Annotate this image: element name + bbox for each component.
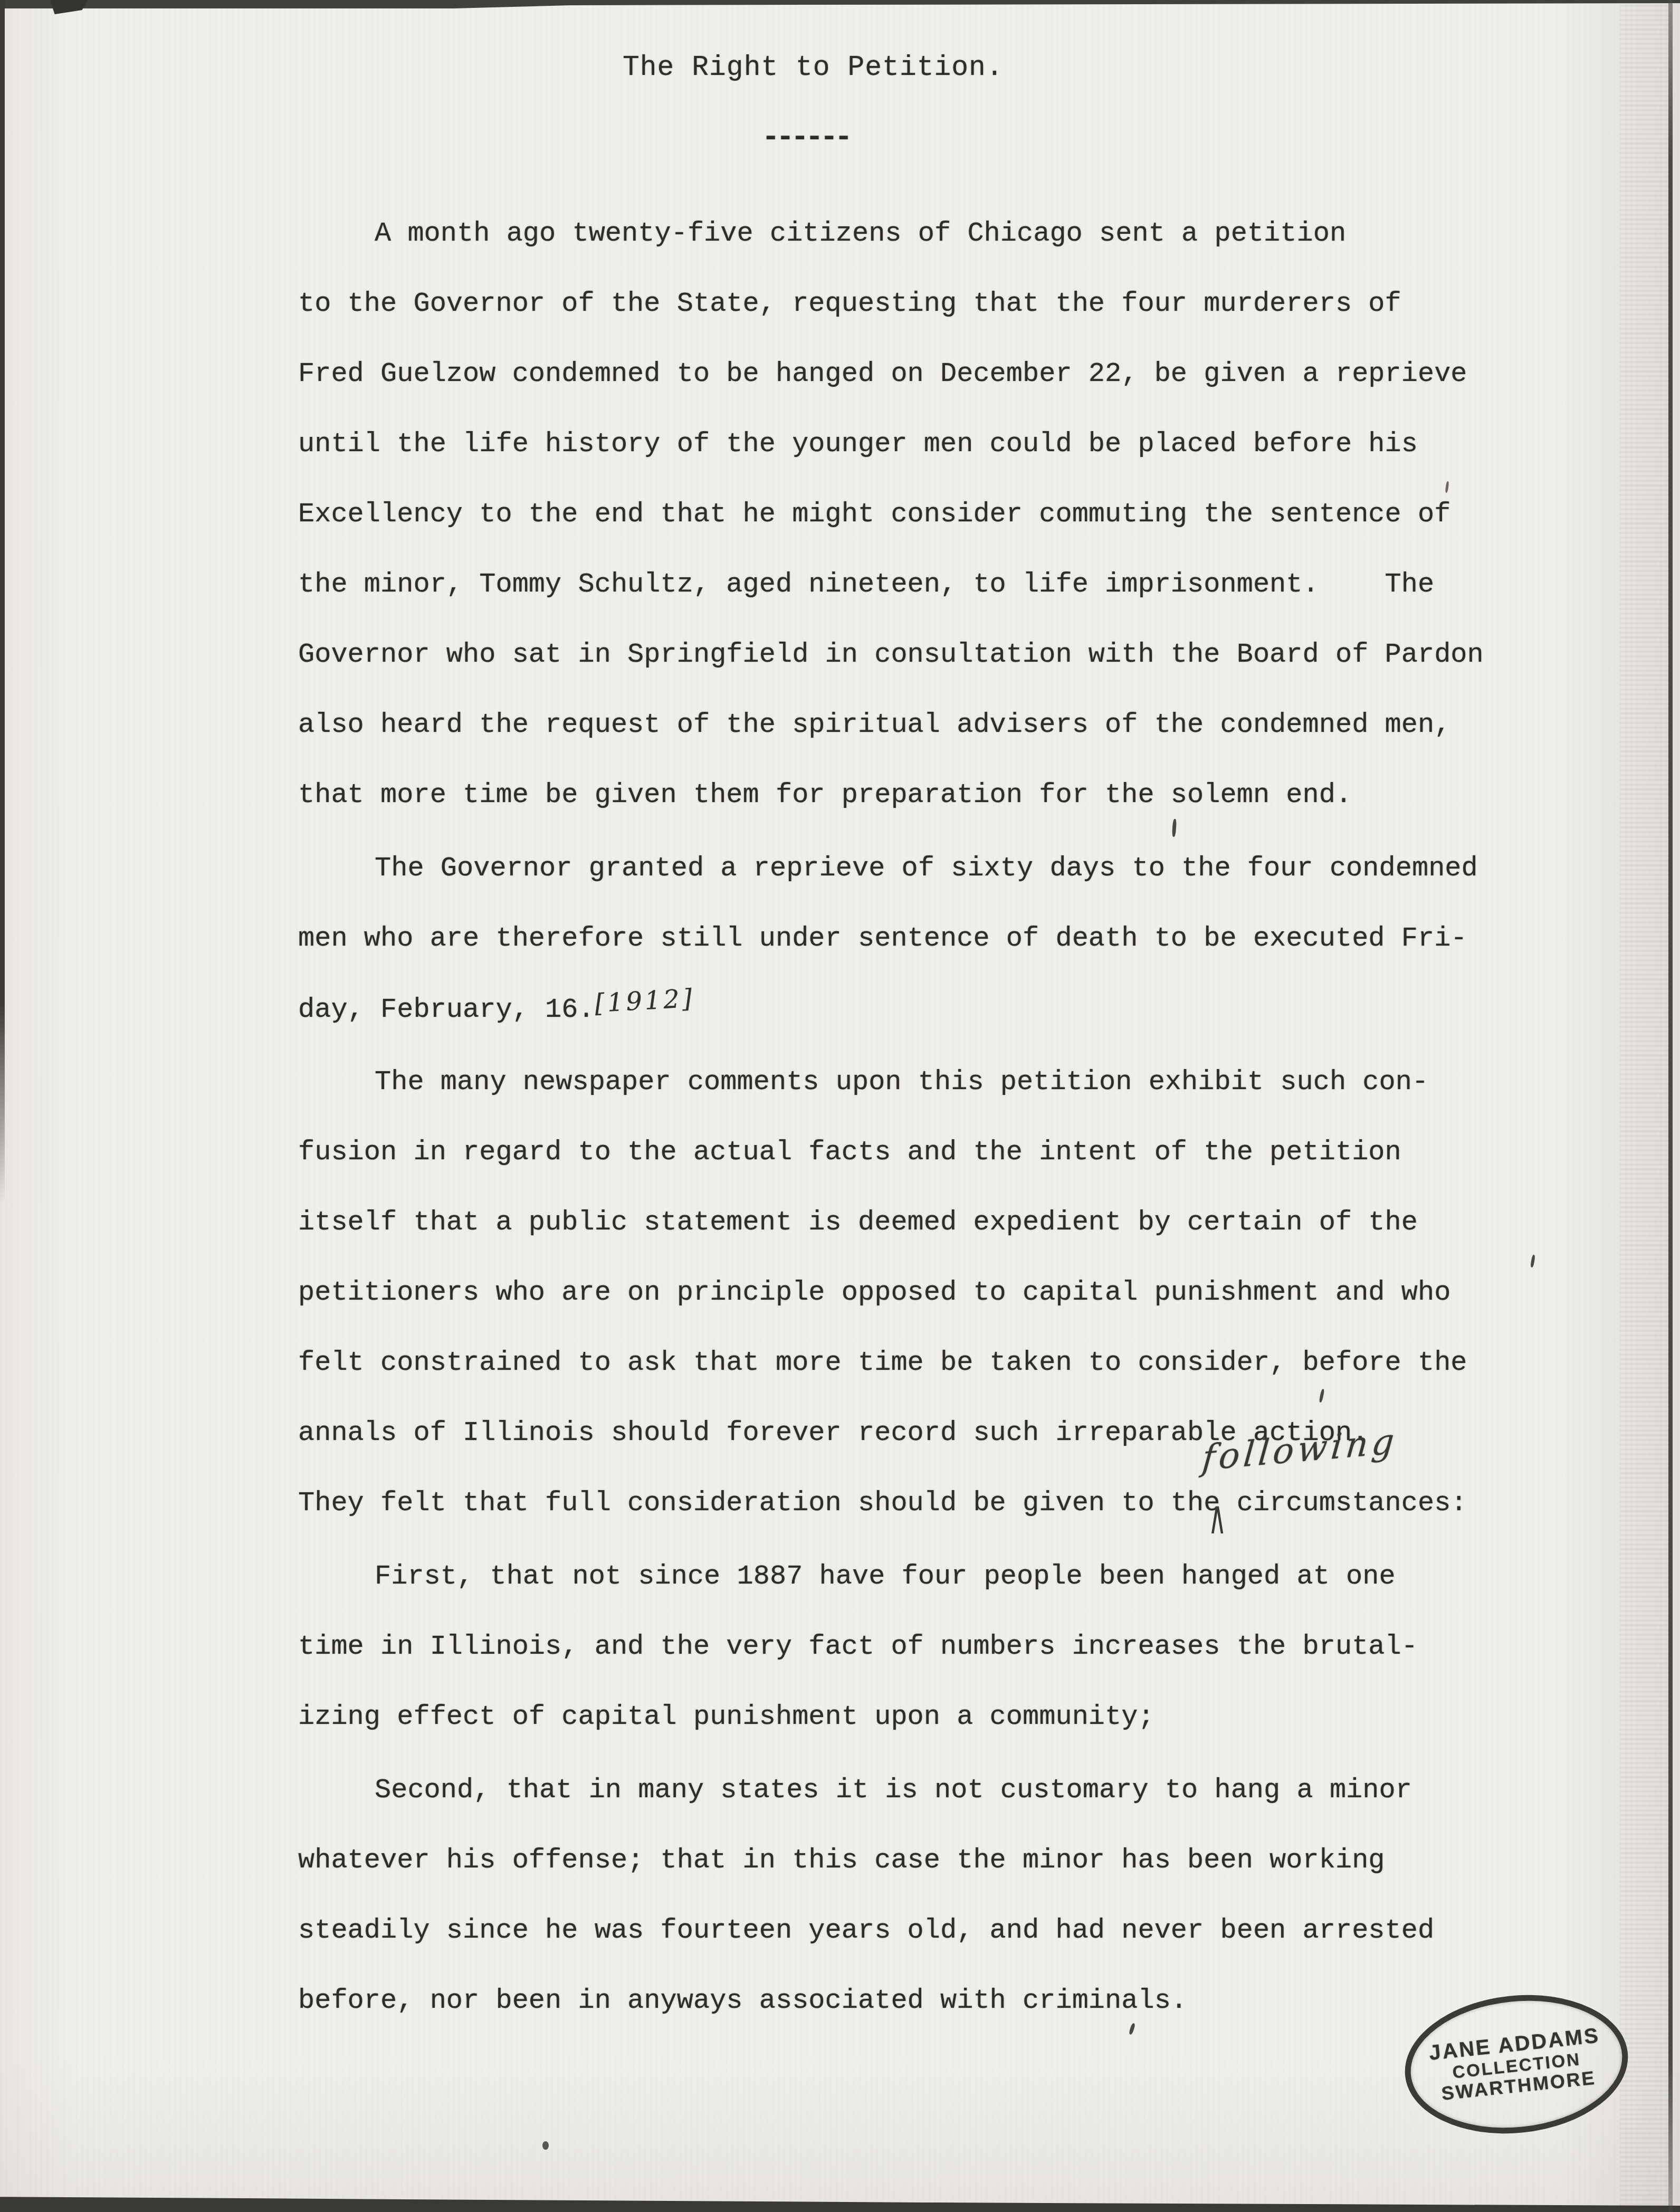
- ink-speck: [542, 2141, 549, 2150]
- scan-grain-right: [1620, 0, 1668, 2212]
- text-line: Governor who sat in Springfield in consu…: [298, 619, 1575, 690]
- text-line: Fred Guelzow condemned to be hanged on D…: [298, 339, 1575, 409]
- scan-edge-top: [0, 0, 1680, 8]
- text-line: the minor, Tommy Schultz, aged nineteen,…: [298, 549, 1575, 619]
- title-divider: ------: [762, 120, 849, 154]
- text-line: itself that a public statement is deemed…: [298, 1187, 1575, 1257]
- text-line: until the life history of the younger me…: [298, 409, 1575, 479]
- text-line: Second, that in many states it is not cu…: [298, 1755, 1575, 1825]
- text-line: First, that not since 1887 have four peo…: [298, 1541, 1575, 1612]
- text-line: whatever his offense; that in this case …: [298, 1825, 1575, 1895]
- scan-edge-bottom: [0, 2191, 1680, 2212]
- text-line: also heard the request of the spiritual …: [298, 690, 1575, 760]
- text-line: to the Governor of the State, requesting…: [298, 269, 1575, 339]
- document-title: The Right to Petition.: [623, 52, 1004, 83]
- insertion-caret-icon: ∧: [1208, 1491, 1226, 1545]
- document-page: The Right to Petition. ------ A month ag…: [0, 0, 1680, 2212]
- text-line: petitioners who are on principle opposed…: [298, 1257, 1575, 1328]
- text-line: The Governor granted a reprieve of sixty…: [298, 833, 1575, 903]
- handwritten-year-insert: [1912]: [593, 964, 696, 1039]
- text-line: felt constrained to ask that more time b…: [298, 1328, 1575, 1398]
- text-line: that more time be given them for prepara…: [298, 760, 1575, 830]
- text-line: The many newspaper comments upon this pe…: [298, 1047, 1575, 1117]
- scan-edge-left: [0, 0, 5, 1203]
- text-line: before, nor been in anyways associated w…: [298, 1966, 1575, 2036]
- text-line: time in Illinois, and the very fact of n…: [298, 1612, 1575, 1682]
- text-line: men who are therefore still under senten…: [298, 903, 1575, 974]
- text-line: steadily since he was fourteen years old…: [298, 1895, 1575, 1966]
- text-line: They felt that full consideration should…: [298, 1468, 1575, 1538]
- typewritten-text: A month ago twenty-five citizens of Chic…: [298, 195, 1575, 2036]
- text-line: Excellency to the end that he might cons…: [298, 479, 1575, 549]
- text-line: day, February, 16.[1912]: [298, 974, 1575, 1044]
- text-line: izing effect of capital punishment upon …: [298, 1682, 1575, 1752]
- text-line: fusion in regard to the actual facts and…: [298, 1117, 1575, 1187]
- scan-edge-right: [1668, 0, 1673, 2212]
- text-line: A month ago twenty-five citizens of Chic…: [298, 198, 1575, 269]
- scan-corner-mark: [50, 0, 88, 14]
